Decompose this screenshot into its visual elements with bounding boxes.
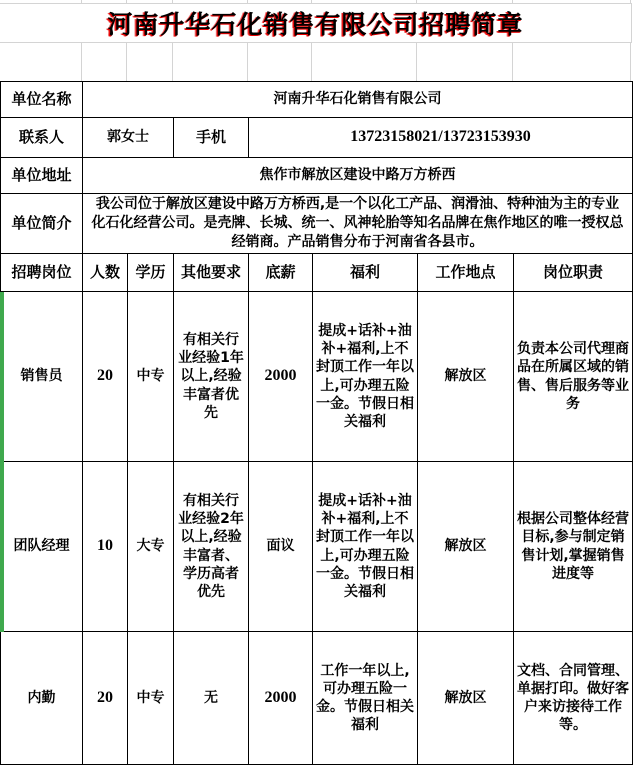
job-headcount: 20 (83, 632, 128, 764)
job-salary: 2000 (249, 632, 313, 764)
job-salary: 2000 (249, 292, 313, 462)
job-requirements: 无 (174, 632, 249, 764)
gridline-cell (127, 0, 173, 3)
job-row-salesperson: 销售员 20 中专 有相关行业经验1年以上,经验丰富者优先 2000 提成+话补… (1, 292, 632, 462)
recruitment-table: 单位名称 河南升华石化销售有限公司 联系人 郭女士 手机 13723158021… (0, 81, 633, 765)
phone-number: 13723158021/13723153930 (249, 118, 632, 158)
green-accent-bar (0, 292, 4, 632)
job-education: 中专 (128, 632, 174, 764)
top-gridlines-area: 河南升华石化销售有限公司招聘简章 (0, 0, 632, 81)
job-duties: 负责本公司代理商品在所属区域的销售、售后服务等业务 (514, 292, 632, 462)
header-position: 招聘岗位 (1, 254, 83, 292)
gridline-cell (417, 43, 513, 81)
gridline-cell (417, 0, 513, 3)
job-position: 内勤 (1, 632, 83, 764)
job-row-office-clerk: 内勤 20 中专 无 2000 工作一年以上,可办理五险一金。节假日相关福利 解… (1, 632, 632, 764)
phone-label: 手机 (174, 118, 249, 158)
gridline-cell (513, 0, 631, 3)
gridline-cell (248, 0, 312, 3)
job-requirements: 有相关行业经验2年以上,经验丰富者、学历高者优先 (174, 462, 249, 632)
intro-label: 单位简介 (1, 194, 83, 254)
gridline-cell (82, 43, 127, 81)
gridline-cell (312, 0, 417, 3)
gridline-cell (82, 0, 127, 3)
contact-row: 联系人 郭女士 手机 13723158021/13723153930 (1, 118, 632, 158)
header-education: 学历 (128, 254, 174, 292)
job-position: 团队经理 (1, 462, 83, 632)
gridline-cell (173, 43, 248, 81)
job-location: 解放区 (418, 462, 514, 632)
job-salary: 面议 (249, 462, 313, 632)
job-position: 销售员 (1, 292, 83, 462)
job-benefits: 提成+话补+油补+福利,上不封顶工作一年以上,可办理五险一金。节假日相关福利 (313, 462, 418, 632)
gridline-cell (0, 0, 82, 3)
job-benefits: 提成+话补+油补+福利,上不封顶工作一年以上,可办理五险一金。节假日相关福利 (313, 292, 418, 462)
address-value: 焦作市解放区建设中路万方桥西 (83, 158, 632, 194)
job-education: 中专 (128, 292, 174, 462)
job-headcount: 20 (83, 292, 128, 462)
address-row: 单位地址 焦作市解放区建设中路万方桥西 (1, 158, 632, 194)
header-requirements: 其他要求 (174, 254, 249, 292)
job-education: 大专 (128, 462, 174, 632)
header-headcount: 人数 (83, 254, 128, 292)
job-location: 解放区 (418, 632, 514, 764)
job-duties: 根据公司整体经营目标,参与制定销售计划,掌握销售进度等 (514, 462, 632, 632)
company-name-label: 单位名称 (1, 82, 83, 118)
intro-row: 单位简介 我公司位于解放区建设中路万方桥西,是一个以化工产品、润滑油、特种油为主… (1, 194, 632, 254)
spreadsheet-page: 河南升华石化销售有限公司招聘简章 单位名称 河南升华石化销售有限公司 联系人 郭… (0, 0, 633, 767)
company-name-row: 单位名称 河南升华石化销售有限公司 (1, 82, 632, 118)
gridline-cell (127, 43, 173, 81)
gridline-cell (312, 43, 417, 81)
title-row: 河南升华石化销售有限公司招聘简章 (0, 4, 632, 43)
job-headcount: 10 (83, 462, 128, 632)
gridline-cell (0, 43, 82, 81)
company-name-value: 河南升华石化销售有限公司 (83, 82, 632, 118)
job-requirements: 有相关行业经验1年以上,经验丰富者优先 (174, 292, 249, 462)
job-benefits: 工作一年以上,可办理五险一金。节假日相关福利 (313, 632, 418, 764)
job-location: 解放区 (418, 292, 514, 462)
header-location: 工作地点 (418, 254, 514, 292)
gridline-cell (173, 0, 248, 3)
header-benefits: 福利 (313, 254, 418, 292)
header-duties: 岗位职责 (514, 254, 632, 292)
gridline-cell (248, 43, 312, 81)
address-label: 单位地址 (1, 158, 83, 194)
jobs-header-row: 招聘岗位 人数 学历 其他要求 底薪 福利 工作地点 岗位职责 (1, 254, 632, 292)
gridline-cell (513, 43, 631, 81)
contact-name: 郭女士 (83, 118, 174, 158)
contact-label: 联系人 (1, 118, 83, 158)
empty-gridline-row (0, 43, 632, 81)
page-title: 河南升华石化销售有限公司招聘简章 (107, 5, 523, 41)
header-salary: 底薪 (249, 254, 313, 292)
job-duties: 文档、合同管理、单据打印。做好客户来访接待工作等。 (514, 632, 632, 764)
job-row-team-manager: 团队经理 10 大专 有相关行业经验2年以上,经验丰富者、学历高者优先 面议 提… (1, 462, 632, 632)
intro-text: 我公司位于解放区建设中路万方桥西,是一个以化工产品、润滑油、特种油为主的专业化石… (83, 194, 632, 254)
